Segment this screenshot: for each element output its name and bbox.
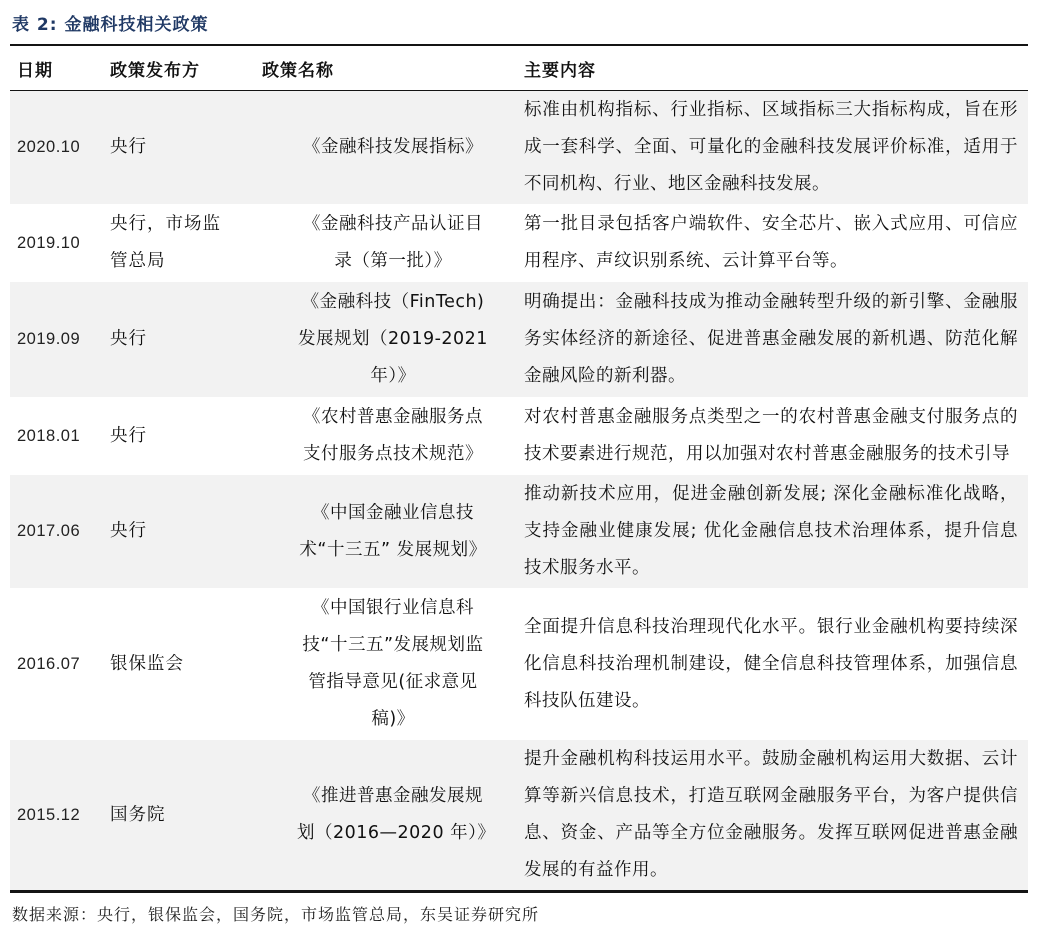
table-row: 2016.07 银保监会 《中国银行业信息科技“十三五”发展规划监管指导意见(征… [10, 588, 1028, 740]
cell-issuer: 央行，市场监管总局 [110, 204, 262, 282]
table-row: 2020.10 央行 《金融科技发展指标》 标准由机构指标、行业指标、区域指标三… [10, 91, 1028, 205]
cell-content: 推动新技术应用，促进金融创新发展; 深化金融标准化战略，支持金融业健康发展; 优… [524, 475, 1028, 588]
cell-date: 2020.10 [10, 91, 110, 205]
cell-date: 2019.10 [10, 204, 110, 282]
cell-content: 对农村普惠金融服务点类型之一的农村普惠金融支付服务点的技术要素进行规范，用以加强… [524, 397, 1028, 475]
cell-policy-name: 《金融科技（FinTech)发展规划（2019-2021 年）》 [262, 282, 524, 397]
column-header-date: 日期 [10, 45, 110, 91]
table-row: 2019.10 央行，市场监管总局 《金融科技产品认证目录（第一批）》 第一批目… [10, 204, 1028, 282]
cell-issuer: 央行 [110, 282, 262, 397]
table-body: 2020.10 央行 《金融科技发展指标》 标准由机构指标、行业指标、区域指标三… [10, 91, 1028, 892]
cell-date: 2015.12 [10, 740, 110, 892]
cell-date: 2019.09 [10, 282, 110, 397]
cell-issuer: 国务院 [110, 740, 262, 892]
cell-content: 全面提升信息科技治理现代化水平。银行业金融机构要持续深化信息科技治理机制建设，健… [524, 588, 1028, 740]
policy-table: 日期 政策发布方 政策名称 主要内容 2020.10 央行 《金融科技发展指标》… [10, 44, 1028, 893]
cell-policy-name: 《农村普惠金融服务点支付服务点技术规范》 [262, 397, 524, 475]
table-row: 2015.12 国务院 《推进普惠金融发展规划（2016—2020 年）》 提升… [10, 740, 1028, 892]
cell-content: 提升金融机构科技运用水平。鼓励金融机构运用大数据、云计算等新兴信息技术，打造互联… [524, 740, 1028, 892]
cell-policy-name: 《推进普惠金融发展规划（2016—2020 年）》 [262, 740, 524, 892]
cell-policy-name: 《金融科技发展指标》 [262, 91, 524, 205]
column-header-policy-name: 政策名称 [262, 45, 524, 91]
cell-issuer: 银保监会 [110, 588, 262, 740]
table-title: 表 2: 金融科技相关政策 [12, 10, 1028, 35]
cell-date: 2018.01 [10, 397, 110, 475]
cell-content: 标准由机构指标、行业指标、区域指标三大指标构成，旨在形成一套科学、全面、可量化的… [524, 91, 1028, 205]
table-row: 2019.09 央行 《金融科技（FinTech)发展规划（2019-2021 … [10, 282, 1028, 397]
report-table-page: 表 2: 金融科技相关政策 日期 政策发布方 政策名称 主要内容 2020.10… [0, 0, 1038, 934]
cell-content: 第一批目录包括客户端软件、安全芯片、嵌入式应用、可信应用程序、声纹识别系统、云计… [524, 204, 1028, 282]
table-row: 2018.01 央行 《农村普惠金融服务点支付服务点技术规范》 对农村普惠金融服… [10, 397, 1028, 475]
cell-policy-name: 《中国银行业信息科技“十三五”发展规划监管指导意见(征求意见稿)》 [262, 588, 524, 740]
cell-issuer: 央行 [110, 397, 262, 475]
cell-date: 2016.07 [10, 588, 110, 740]
cell-policy-name: 《中国金融业信息技术“十三五” 发展规划》 [262, 475, 524, 588]
header-row: 日期 政策发布方 政策名称 主要内容 [10, 45, 1028, 91]
table-header: 日期 政策发布方 政策名称 主要内容 [10, 45, 1028, 91]
column-header-issuer: 政策发布方 [110, 45, 262, 91]
table-row: 2017.06 央行 《中国金融业信息技术“十三五” 发展规划》 推动新技术应用… [10, 475, 1028, 588]
data-source: 数据来源：央行，银保监会，国务院，市场监管总局，东吴证券研究所 [12, 902, 1028, 925]
cell-content: 明确提出：金融科技成为推动金融转型升级的新引擎、金融服务实体经济的新途径、促进普… [524, 282, 1028, 397]
cell-issuer: 央行 [110, 475, 262, 588]
cell-issuer: 央行 [110, 91, 262, 205]
column-header-main-content: 主要内容 [524, 45, 1028, 91]
cell-date: 2017.06 [10, 475, 110, 588]
cell-policy-name: 《金融科技产品认证目录（第一批）》 [262, 204, 524, 282]
